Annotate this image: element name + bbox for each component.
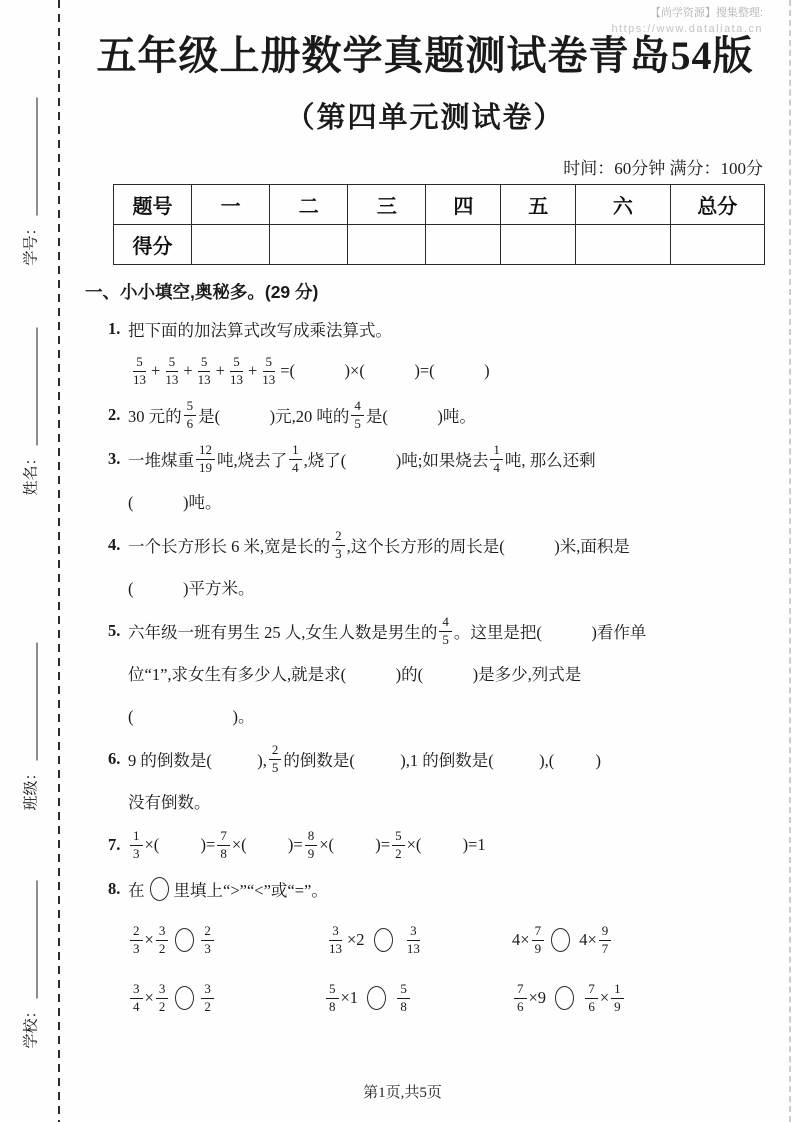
score-header-cell: 四 xyxy=(426,185,501,225)
text-run: 六年级一班有男生 25 人,女生人数是男生的 xyxy=(128,619,437,643)
question-line: 6.9 的倒数是( ),25的倒数是( ),1 的倒数是( ),( ) xyxy=(128,738,765,780)
margin-label-text: 学校： xyxy=(20,1003,41,1048)
score-header-cell: 总分 xyxy=(670,185,764,225)
fraction: 89 xyxy=(305,828,318,862)
paper-content: 【尚学资源】搜集整理: https://www.dataliata.cn 五年级… xyxy=(85,0,765,1026)
question-line: 5.六年级一班有男生 25 人,女生人数是男生的45。这里是把( )看作单 xyxy=(128,610,765,652)
fraction-denominator: 8 xyxy=(217,846,230,862)
score-cell-empty xyxy=(576,225,670,265)
comparison-grid: 23×3223313×2 3134×79 4×9734×323258×1 587… xyxy=(128,914,765,1024)
fraction-numerator: 5 xyxy=(263,354,276,371)
questions: 1.把下面的加法算式改写成乘法算式。513+513+513+513+513=( … xyxy=(108,308,765,1024)
fraction: 513 xyxy=(130,354,149,388)
text-run: 里填上“>”“<”或“=”。 xyxy=(174,877,328,901)
fraction-numerator: 2 xyxy=(269,742,282,759)
score-cell-empty xyxy=(270,225,348,265)
fraction-numerator: 5 xyxy=(392,828,405,845)
question-line: 513+513+513+513+513=( )×( )=( ) xyxy=(128,350,765,392)
text-run: ×2 xyxy=(347,930,369,950)
fraction: 56 xyxy=(184,398,197,432)
text-run: ,这个长方形的周长是( )米,面积是 xyxy=(347,533,630,557)
text-run: + xyxy=(183,361,192,381)
score-header-cell: 一 xyxy=(192,185,270,225)
fraction: 32 xyxy=(156,923,169,957)
margin-label-name: 姓名： xyxy=(20,306,41,496)
text-run: × xyxy=(600,988,609,1008)
fraction: 79 xyxy=(532,923,545,957)
fraction: 52 xyxy=(392,828,405,862)
fraction-numerator: 12 xyxy=(196,442,215,459)
score-cell-empty xyxy=(348,225,426,265)
text-run: × xyxy=(145,988,154,1008)
fraction-denominator: 3 xyxy=(201,941,214,957)
fraction-denominator: 6 xyxy=(514,999,527,1015)
question-number: 7. xyxy=(108,835,128,855)
fraction-denominator: 13 xyxy=(227,372,246,388)
fraction: 25 xyxy=(269,742,282,776)
question-number: 2. xyxy=(108,405,128,425)
text-run: ( )平方米。 xyxy=(128,575,255,599)
question-number: 5. xyxy=(108,621,128,641)
watermark-url: https://www.dataliata.cn xyxy=(611,22,763,38)
score-table: 题号 一 二 三 四 五 六 总分 得分 xyxy=(113,184,765,265)
fraction-denominator: 13 xyxy=(130,372,149,388)
fraction: 45 xyxy=(351,398,364,432)
question-line: 1.把下面的加法算式改写成乘法算式。 xyxy=(128,308,765,350)
text-run: ×9 xyxy=(529,988,551,1008)
fraction-denominator: 5 xyxy=(439,632,452,648)
fraction-numerator: 5 xyxy=(166,354,179,371)
score-header-cell: 三 xyxy=(348,185,426,225)
fraction: 1219 xyxy=(196,442,215,476)
fraction-numerator: 7 xyxy=(217,828,230,845)
fraction-numerator: 5 xyxy=(133,354,146,371)
text-run xyxy=(579,988,583,1008)
fill-line xyxy=(37,880,38,998)
fraction-denominator: 5 xyxy=(351,416,364,432)
score-table-header-row: 题号 一 二 三 四 五 六 总分 xyxy=(114,185,765,225)
score-row-label: 得分 xyxy=(114,225,192,265)
fill-line xyxy=(37,642,38,760)
question-line: 8.在里填上“>”“<”或“=”。 xyxy=(128,868,765,910)
fraction: 14 xyxy=(289,442,302,476)
question-number: 6. xyxy=(108,749,128,769)
fraction-numerator: 1 xyxy=(289,442,302,459)
question-7: 7.13×( )=78×( )=89×( )=52×( )=1 xyxy=(108,824,765,866)
text-run: 的倒数是( ),1 的倒数是( ),( ) xyxy=(283,747,601,771)
text-run: ×( )=1 xyxy=(407,835,486,855)
fraction: 513 xyxy=(227,354,246,388)
question-number: 3. xyxy=(108,449,128,469)
question-line: 3.一堆煤重1219吨,烧去了14,烧了( )吨;如果烧去14吨, 那么还剩 xyxy=(128,438,765,480)
circle-placeholder xyxy=(367,986,386,1010)
question-line: 4.一个长方形长 6 米,宽是长的23,这个长方形的周长是( )米,面积是 xyxy=(128,524,765,566)
question-3: 3.一堆煤重1219吨,烧去了14,烧了( )吨;如果烧去14吨, 那么还剩( … xyxy=(108,438,765,522)
comparison-item: 34×3232 xyxy=(128,972,324,1024)
fraction-numerator: 3 xyxy=(130,981,143,998)
fraction-numerator: 5 xyxy=(184,398,197,415)
text-run: × xyxy=(145,930,154,950)
text-run: ( )。 xyxy=(128,703,255,727)
watermark-source: 【尚学资源】搜集整理: xyxy=(611,6,763,22)
fraction-denominator: 13 xyxy=(326,941,345,957)
text-run: =( )×( )=( ) xyxy=(280,361,489,381)
fraction-denominator: 9 xyxy=(305,846,318,862)
fraction: 19 xyxy=(611,981,624,1015)
score-cell-empty xyxy=(501,225,576,265)
comparison-item: 76×9 76×19 xyxy=(512,972,765,1024)
fraction-numerator: 3 xyxy=(156,981,169,998)
fraction-numerator: 9 xyxy=(599,923,612,940)
fraction-denominator: 2 xyxy=(201,999,214,1015)
question-number: 1. xyxy=(108,319,128,339)
fraction-numerator: 5 xyxy=(198,354,211,371)
fraction-numerator: 5 xyxy=(326,981,339,998)
score-header-cell: 六 xyxy=(576,185,670,225)
fraction-denominator: 6 xyxy=(184,416,197,432)
score-cell-empty xyxy=(670,225,764,265)
text-run: 把下面的加法算式改写成乘法算式。 xyxy=(128,317,392,341)
fill-line xyxy=(37,97,38,215)
fraction-numerator: 7 xyxy=(585,981,598,998)
fraction: 58 xyxy=(397,981,410,1015)
circle-placeholder xyxy=(374,928,393,952)
question-8: 8.在里填上“>”“<”或“=”。23×3223313×2 3134×79 4×… xyxy=(108,868,765,1024)
question-line: ( )平方米。 xyxy=(128,566,765,608)
fraction-numerator: 2 xyxy=(201,923,214,940)
fraction-denominator: 7 xyxy=(599,941,612,957)
text-run: 一个长方形长 6 米,宽是长的 xyxy=(128,533,330,557)
comparison-item: 313×2 313 xyxy=(324,914,512,966)
question-number: 8. xyxy=(108,879,128,899)
fraction-numerator: 2 xyxy=(130,923,143,940)
fraction: 32 xyxy=(156,981,169,1015)
fraction-denominator: 8 xyxy=(326,999,339,1015)
exam-meta: 时间：60分钟 满分：100分 xyxy=(85,154,765,179)
margin-label-class: 班级： xyxy=(20,621,41,811)
fraction-numerator: 3 xyxy=(407,923,420,940)
fraction: 76 xyxy=(585,981,598,1015)
fraction: 34 xyxy=(130,981,143,1015)
text-run: ×( )= xyxy=(319,835,390,855)
fraction: 13 xyxy=(130,828,143,862)
fraction-denominator: 2 xyxy=(156,999,169,1015)
score-cell-empty xyxy=(192,225,270,265)
circle-placeholder xyxy=(555,986,574,1010)
fraction-denominator: 3 xyxy=(332,546,345,562)
circle-placeholder xyxy=(551,928,570,952)
fraction-denominator: 13 xyxy=(195,372,214,388)
fraction-denominator: 19 xyxy=(196,460,215,476)
fraction-numerator: 1 xyxy=(611,981,624,998)
fill-line xyxy=(37,327,38,445)
fraction-denominator: 13 xyxy=(259,372,278,388)
score-table-score-row: 得分 xyxy=(114,225,765,265)
text-run: 30 元的 xyxy=(128,403,182,427)
fraction: 32 xyxy=(201,981,214,1015)
text-run: + xyxy=(216,361,225,381)
fraction-denominator: 6 xyxy=(585,999,598,1015)
fraction-numerator: 3 xyxy=(329,923,342,940)
fraction: 23 xyxy=(332,528,345,562)
fraction-numerator: 7 xyxy=(532,923,545,940)
margin-label-text: 班级： xyxy=(20,765,41,810)
fraction: 14 xyxy=(490,442,503,476)
text-run: 4× xyxy=(575,930,597,950)
page-subtitle: （第四单元测试卷） xyxy=(85,95,765,136)
fraction-numerator: 2 xyxy=(332,528,345,545)
question-line: 7.13×( )=78×( )=89×( )=52×( )=1 xyxy=(128,824,765,866)
fraction-numerator: 1 xyxy=(130,828,143,845)
fraction-numerator: 3 xyxy=(201,981,214,998)
text-run xyxy=(398,930,402,950)
footer-page-info: 第1页,共5页 xyxy=(40,1081,765,1102)
score-cell-empty xyxy=(426,225,501,265)
circle-placeholder xyxy=(175,928,194,952)
fraction: 513 xyxy=(259,354,278,388)
fraction-denominator: 4 xyxy=(490,460,503,476)
question-line: 没有倒数。 xyxy=(128,780,765,822)
fraction-denominator: 3 xyxy=(130,941,143,957)
text-run: 在 xyxy=(128,877,145,901)
circle-placeholder xyxy=(175,986,194,1010)
question-5: 5.六年级一班有男生 25 人,女生人数是男生的45。这里是把( )看作单位“1… xyxy=(108,610,765,736)
text-run: + xyxy=(248,361,257,381)
fraction-numerator: 8 xyxy=(305,828,318,845)
text-run: 位“1”,求女生有多少人,就是求( )的( )是多少,列式是 xyxy=(128,661,581,685)
text-run: ( )吨。 xyxy=(128,489,222,513)
margin-label-school: 学校： xyxy=(20,859,41,1049)
fraction-numerator: 1 xyxy=(490,442,503,459)
fraction: 45 xyxy=(439,614,452,648)
text-run: 没有倒数。 xyxy=(128,789,211,813)
text-run: 吨,烧去了 xyxy=(217,447,287,471)
watermark: 【尚学资源】搜集整理: https://www.dataliata.cn xyxy=(611,6,763,38)
fraction-denominator: 2 xyxy=(156,941,169,957)
text-run: 一堆煤重 xyxy=(128,447,194,471)
fraction: 23 xyxy=(130,923,143,957)
fraction-denominator: 9 xyxy=(532,941,545,957)
fraction-denominator: 8 xyxy=(397,999,410,1015)
text-run: 吨, 那么还剩 xyxy=(505,447,596,471)
binding-dashed-line xyxy=(58,0,60,1122)
score-header-cell: 二 xyxy=(270,185,348,225)
fraction-numerator: 3 xyxy=(156,923,169,940)
fraction: 78 xyxy=(217,828,230,862)
score-header-cell: 五 xyxy=(501,185,576,225)
question-line: ( )。 xyxy=(128,694,765,736)
fraction: 513 xyxy=(195,354,214,388)
margin-label-text: 姓名： xyxy=(20,450,41,495)
fraction: 76 xyxy=(514,981,527,1015)
comparison-item: 58×1 58 xyxy=(324,972,512,1024)
margin-label-text: 学号： xyxy=(20,220,41,265)
section-heading: 一、小小填空,奥秘多。(29 分) xyxy=(85,279,765,304)
text-run: 是( )元,20 吨的 xyxy=(198,403,349,427)
text-run xyxy=(391,988,395,1008)
exam-paper: 学号： 姓名： 班级： 学校： 【尚学资源】搜集整理: https://www.… xyxy=(0,0,793,1122)
text-run: 9 的倒数是( ), xyxy=(128,747,267,771)
text-run: + xyxy=(151,361,160,381)
question-number: 4. xyxy=(108,535,128,555)
score-header-cell: 题号 xyxy=(114,185,192,225)
text-run: ×( )= xyxy=(145,835,216,855)
text-run: ×( )= xyxy=(232,835,303,855)
fraction: 313 xyxy=(326,923,345,957)
question-4: 4.一个长方形长 6 米,宽是长的23,这个长方形的周长是( )米,面积是( )… xyxy=(108,524,765,608)
margin-label-student-id: 学号： xyxy=(20,76,41,266)
fraction-denominator: 13 xyxy=(162,372,181,388)
fraction-denominator: 3 xyxy=(130,846,143,862)
fraction: 23 xyxy=(201,923,214,957)
comparison-item: 4×79 4×97 xyxy=(512,914,765,966)
fraction-denominator: 2 xyxy=(392,846,405,862)
fraction: 313 xyxy=(404,923,423,957)
fraction-numerator: 4 xyxy=(351,398,364,415)
text-run: ,烧了( )吨;如果烧去 xyxy=(304,447,489,471)
fraction: 513 xyxy=(162,354,181,388)
page-edge-line xyxy=(789,0,791,1122)
question-line: 位“1”,求女生有多少人,就是求( )的( )是多少,列式是 xyxy=(128,652,765,694)
fraction-denominator: 4 xyxy=(130,999,143,1015)
text-run: ×1 xyxy=(341,988,363,1008)
fraction: 58 xyxy=(326,981,339,1015)
fraction-denominator: 13 xyxy=(404,941,423,957)
fraction-numerator: 7 xyxy=(514,981,527,998)
question-line: 2.30 元的56是( )元,20 吨的45是( )吨。 xyxy=(128,394,765,436)
circle-placeholder xyxy=(150,877,169,901)
text-run: 是( )吨。 xyxy=(366,403,476,427)
fraction: 97 xyxy=(599,923,612,957)
fraction-denominator: 4 xyxy=(289,460,302,476)
question-6: 6.9 的倒数是( ),25的倒数是( ),1 的倒数是( ),( )没有倒数。 xyxy=(108,738,765,822)
fraction-denominator: 9 xyxy=(611,999,624,1015)
comparison-item: 23×3223 xyxy=(128,914,324,966)
fraction-denominator: 5 xyxy=(269,760,282,776)
fraction-numerator: 5 xyxy=(397,981,410,998)
fraction-numerator: 4 xyxy=(439,614,452,631)
fraction-numerator: 5 xyxy=(230,354,243,371)
question-line: ( )吨。 xyxy=(128,480,765,522)
question-1: 1.把下面的加法算式改写成乘法算式。513+513+513+513+513=( … xyxy=(108,308,765,392)
text-run: 。这里是把( )看作单 xyxy=(454,619,647,643)
text-run: 4× xyxy=(512,930,530,950)
question-2: 2.30 元的56是( )元,20 吨的45是( )吨。 xyxy=(108,394,765,436)
